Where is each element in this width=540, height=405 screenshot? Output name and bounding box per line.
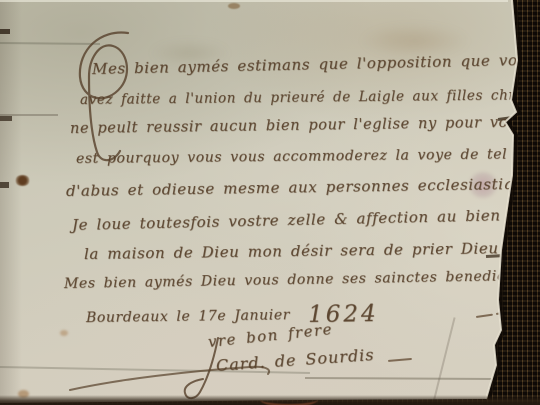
foxing-spot (228, 3, 240, 9)
handwriting-line-2: avez faitte a l'union du prieuré de Laig… (80, 87, 540, 108)
crease-line (0, 42, 100, 45)
date-line: Bourdeaux le 17e Januier 1624 (86, 301, 379, 331)
handwriting-line-4: est pourquoy vous vous accommoderez la v… (76, 146, 540, 167)
paper-top-edge-highlight (0, 0, 508, 2)
crease-line (305, 377, 495, 379)
handwriting-line-5: d'abus et odieuse mesme aux personnes ec… (66, 175, 540, 200)
curled-paper-edge (260, 392, 318, 405)
handwriting-line-3: ne peult reussir aucun bien pour l'eglis… (70, 115, 526, 137)
photo-of-letter: Mes bien aymés estimans que l'opposition… (0, 0, 540, 405)
crease-line (432, 317, 455, 403)
foxing-spot (60, 330, 68, 336)
handwriting-line-6: Je loue toutesfois vostre zelle & affect… (72, 206, 529, 234)
ink-blot-stain (15, 175, 30, 186)
pen-dash (496, 312, 503, 315)
handwriting-line-7: la maison de Dieu mon désir sera de prie… (84, 238, 540, 263)
handwriting-line-8: Mes bien aymés Dieu vous donne ses sainc… (64, 267, 540, 292)
edge-mark (0, 116, 12, 121)
edge-mark (0, 29, 10, 34)
pen-dash (476, 314, 493, 318)
signature-line-2: Card. de Sourdis (215, 345, 375, 375)
edge-mark (0, 182, 9, 188)
letter-paper: Mes bien aymés estimans que l'opposition… (0, 0, 540, 405)
date-place-text: Bourdeaux le 17e Januier (86, 307, 290, 326)
pen-dash (388, 358, 412, 362)
